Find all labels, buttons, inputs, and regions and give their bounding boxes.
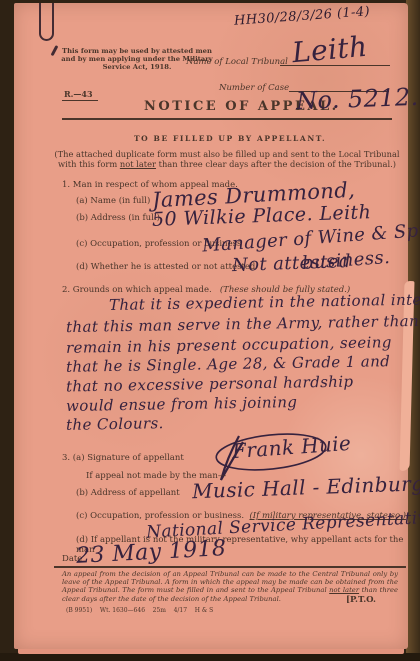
grounds-line-7: the Colours. <box>66 414 164 434</box>
grounds-line-6: would ensue from his joining <box>66 393 298 415</box>
title-rule <box>62 118 392 120</box>
footer-rule <box>54 566 406 568</box>
duplicate-note-underlined: not later <box>120 159 156 169</box>
field-a-label: (a) Name (in full) <box>76 196 150 206</box>
photo-frame-bottom <box>0 653 420 661</box>
local-tribunal-value: Leith <box>291 30 369 69</box>
paperclip-icon <box>39 3 54 41</box>
duplicate-note-post: than three clear days after the decision… <box>156 159 396 169</box>
form-code: R.—43 <box>62 89 98 101</box>
grounds-line-5: that no excessive personal hardship <box>66 372 354 395</box>
pen-tick-mark <box>51 45 58 56</box>
appeal-number-value: No. 5212. <box>296 83 419 115</box>
form-paper: HH30/28/3/26 (1-4) This form may be used… <box>14 3 408 649</box>
section3-b-label: (b) Address of appellant <box>76 488 180 498</box>
field-d-value: Not attested <box>232 251 352 276</box>
section3-heading-a: 3. (a) Signature of appellant <box>62 453 184 463</box>
archive-reference: HH30/28/3/26 (1-4) <box>234 4 371 28</box>
signature-value: Frank Huie <box>231 431 352 463</box>
footer-note-underlined: not later <box>329 586 359 594</box>
field-b-label: (b) Address (in full) <box>76 213 160 223</box>
pto-label: [P.T.O. <box>346 595 376 605</box>
local-tribunal-label: Name of Local Tribunal <box>186 57 288 67</box>
section2-heading-text: 2. Grounds on which appeal made. <box>62 285 212 295</box>
printer-imprint: (B 9951) Wt. 1630—646 25m 4/17 H & S <box>66 607 213 614</box>
duplicate-note: (The attached duplicate form must also b… <box>54 149 400 169</box>
field-d-label: (d) Whether he is attested or not attest… <box>76 262 255 272</box>
case-number-label: Number of Case <box>219 83 289 93</box>
grounds-line-2: that this man serve in the Army, rather … <box>66 312 419 336</box>
fill-up-heading: TO BE FILLED UP BY APPELLANT. <box>134 134 326 143</box>
